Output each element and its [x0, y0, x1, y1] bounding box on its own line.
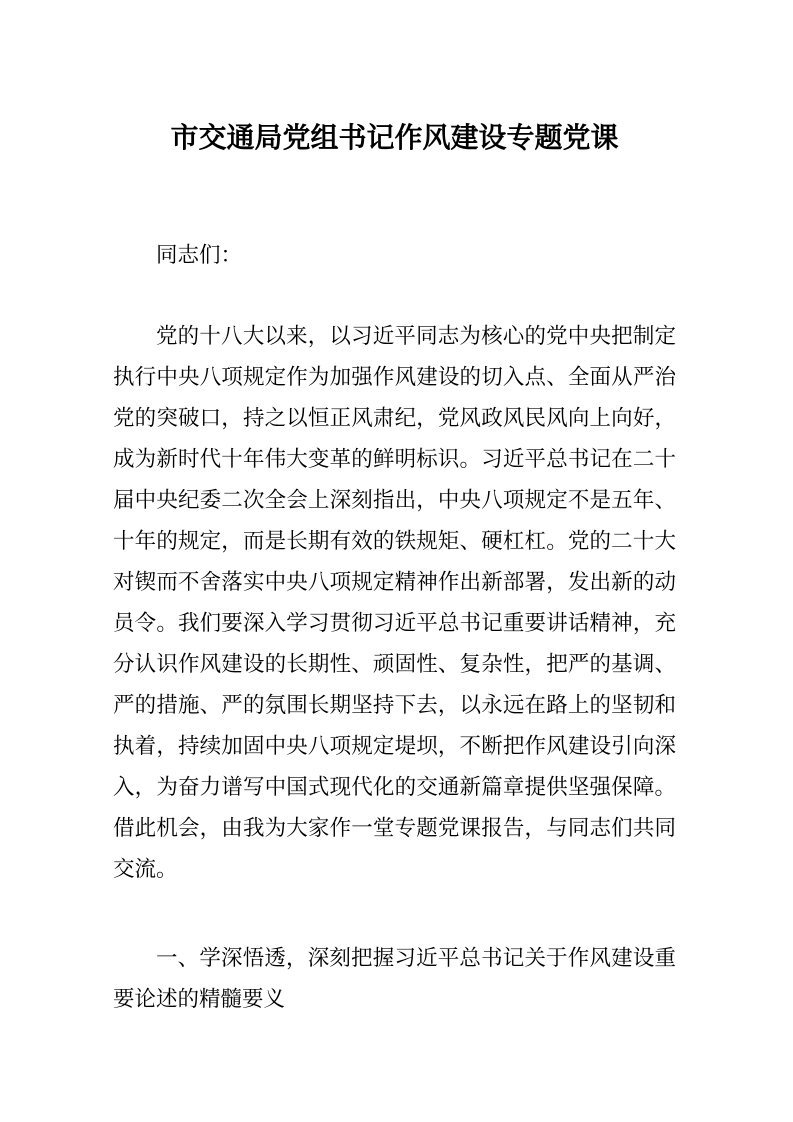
section-heading: 一、学深悟透，深刻把握习近平总书记关于作风建设重要论述的精髓要义: [113, 938, 676, 1020]
document-title: 市交通局党组书记作风建设专题党课: [113, 116, 676, 162]
salutation: 同志们：: [113, 235, 676, 276]
document-page: 市交通局党组书记作风建设专题党课 同志们： 党的十八大以来，以习近平同志为核心的…: [0, 0, 793, 1122]
body-paragraph: 党的十八大以来，以习近平同志为核心的党中央把制定执行中央八项规定作为加强作风建设…: [113, 316, 676, 890]
